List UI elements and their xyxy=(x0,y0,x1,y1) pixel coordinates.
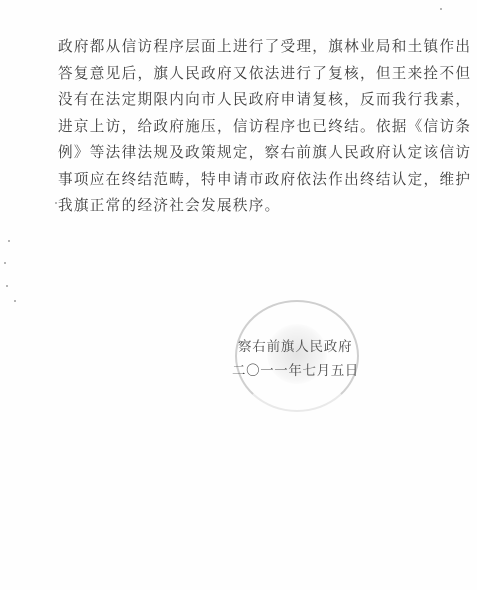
signing-date: 二〇一一年七月五日 xyxy=(232,359,378,379)
body-paragraph: 政府都从信访程序层面上进行了受理，旗林业局和土镇作出 答复意见后，旗人民政府又依… xyxy=(58,34,428,220)
scanned-document-page: 政府都从信访程序层面上进行了受理，旗林业局和土镇作出 答复意见后，旗人民政府又依… xyxy=(0,0,477,590)
scan-speck xyxy=(55,202,57,204)
scan-speck xyxy=(14,300,16,302)
scan-speck xyxy=(6,285,8,287)
scan-speck xyxy=(440,8,442,10)
signature-block: 察右前旗人民政府 二〇一一年七月五日 xyxy=(238,335,378,379)
body-line: 例》等法律法规及政策规定，察右前旗人民政府认定该信访 xyxy=(58,140,428,167)
body-line: 没有在法定期限内向市人民政府申请复核，反而我行我素， xyxy=(58,87,428,114)
scan-speck xyxy=(4,262,6,264)
body-line: 事项应在终结范畴，特申请市政府依法作出终结认定，维护 xyxy=(58,167,428,194)
body-line: 答复意见后，旗人民政府又依法进行了复核，但王来拴不但 xyxy=(58,61,428,88)
scan-speck xyxy=(8,240,10,242)
signing-organization: 察右前旗人民政府 xyxy=(238,335,378,355)
body-line: 进京上访，给政府施压，信访程序也已终结。依据《信访条 xyxy=(58,114,428,141)
body-line: 我旗正常的经济社会发展秩序。 xyxy=(58,193,428,220)
body-line: 政府都从信访程序层面上进行了受理，旗林业局和土镇作出 xyxy=(58,34,428,61)
